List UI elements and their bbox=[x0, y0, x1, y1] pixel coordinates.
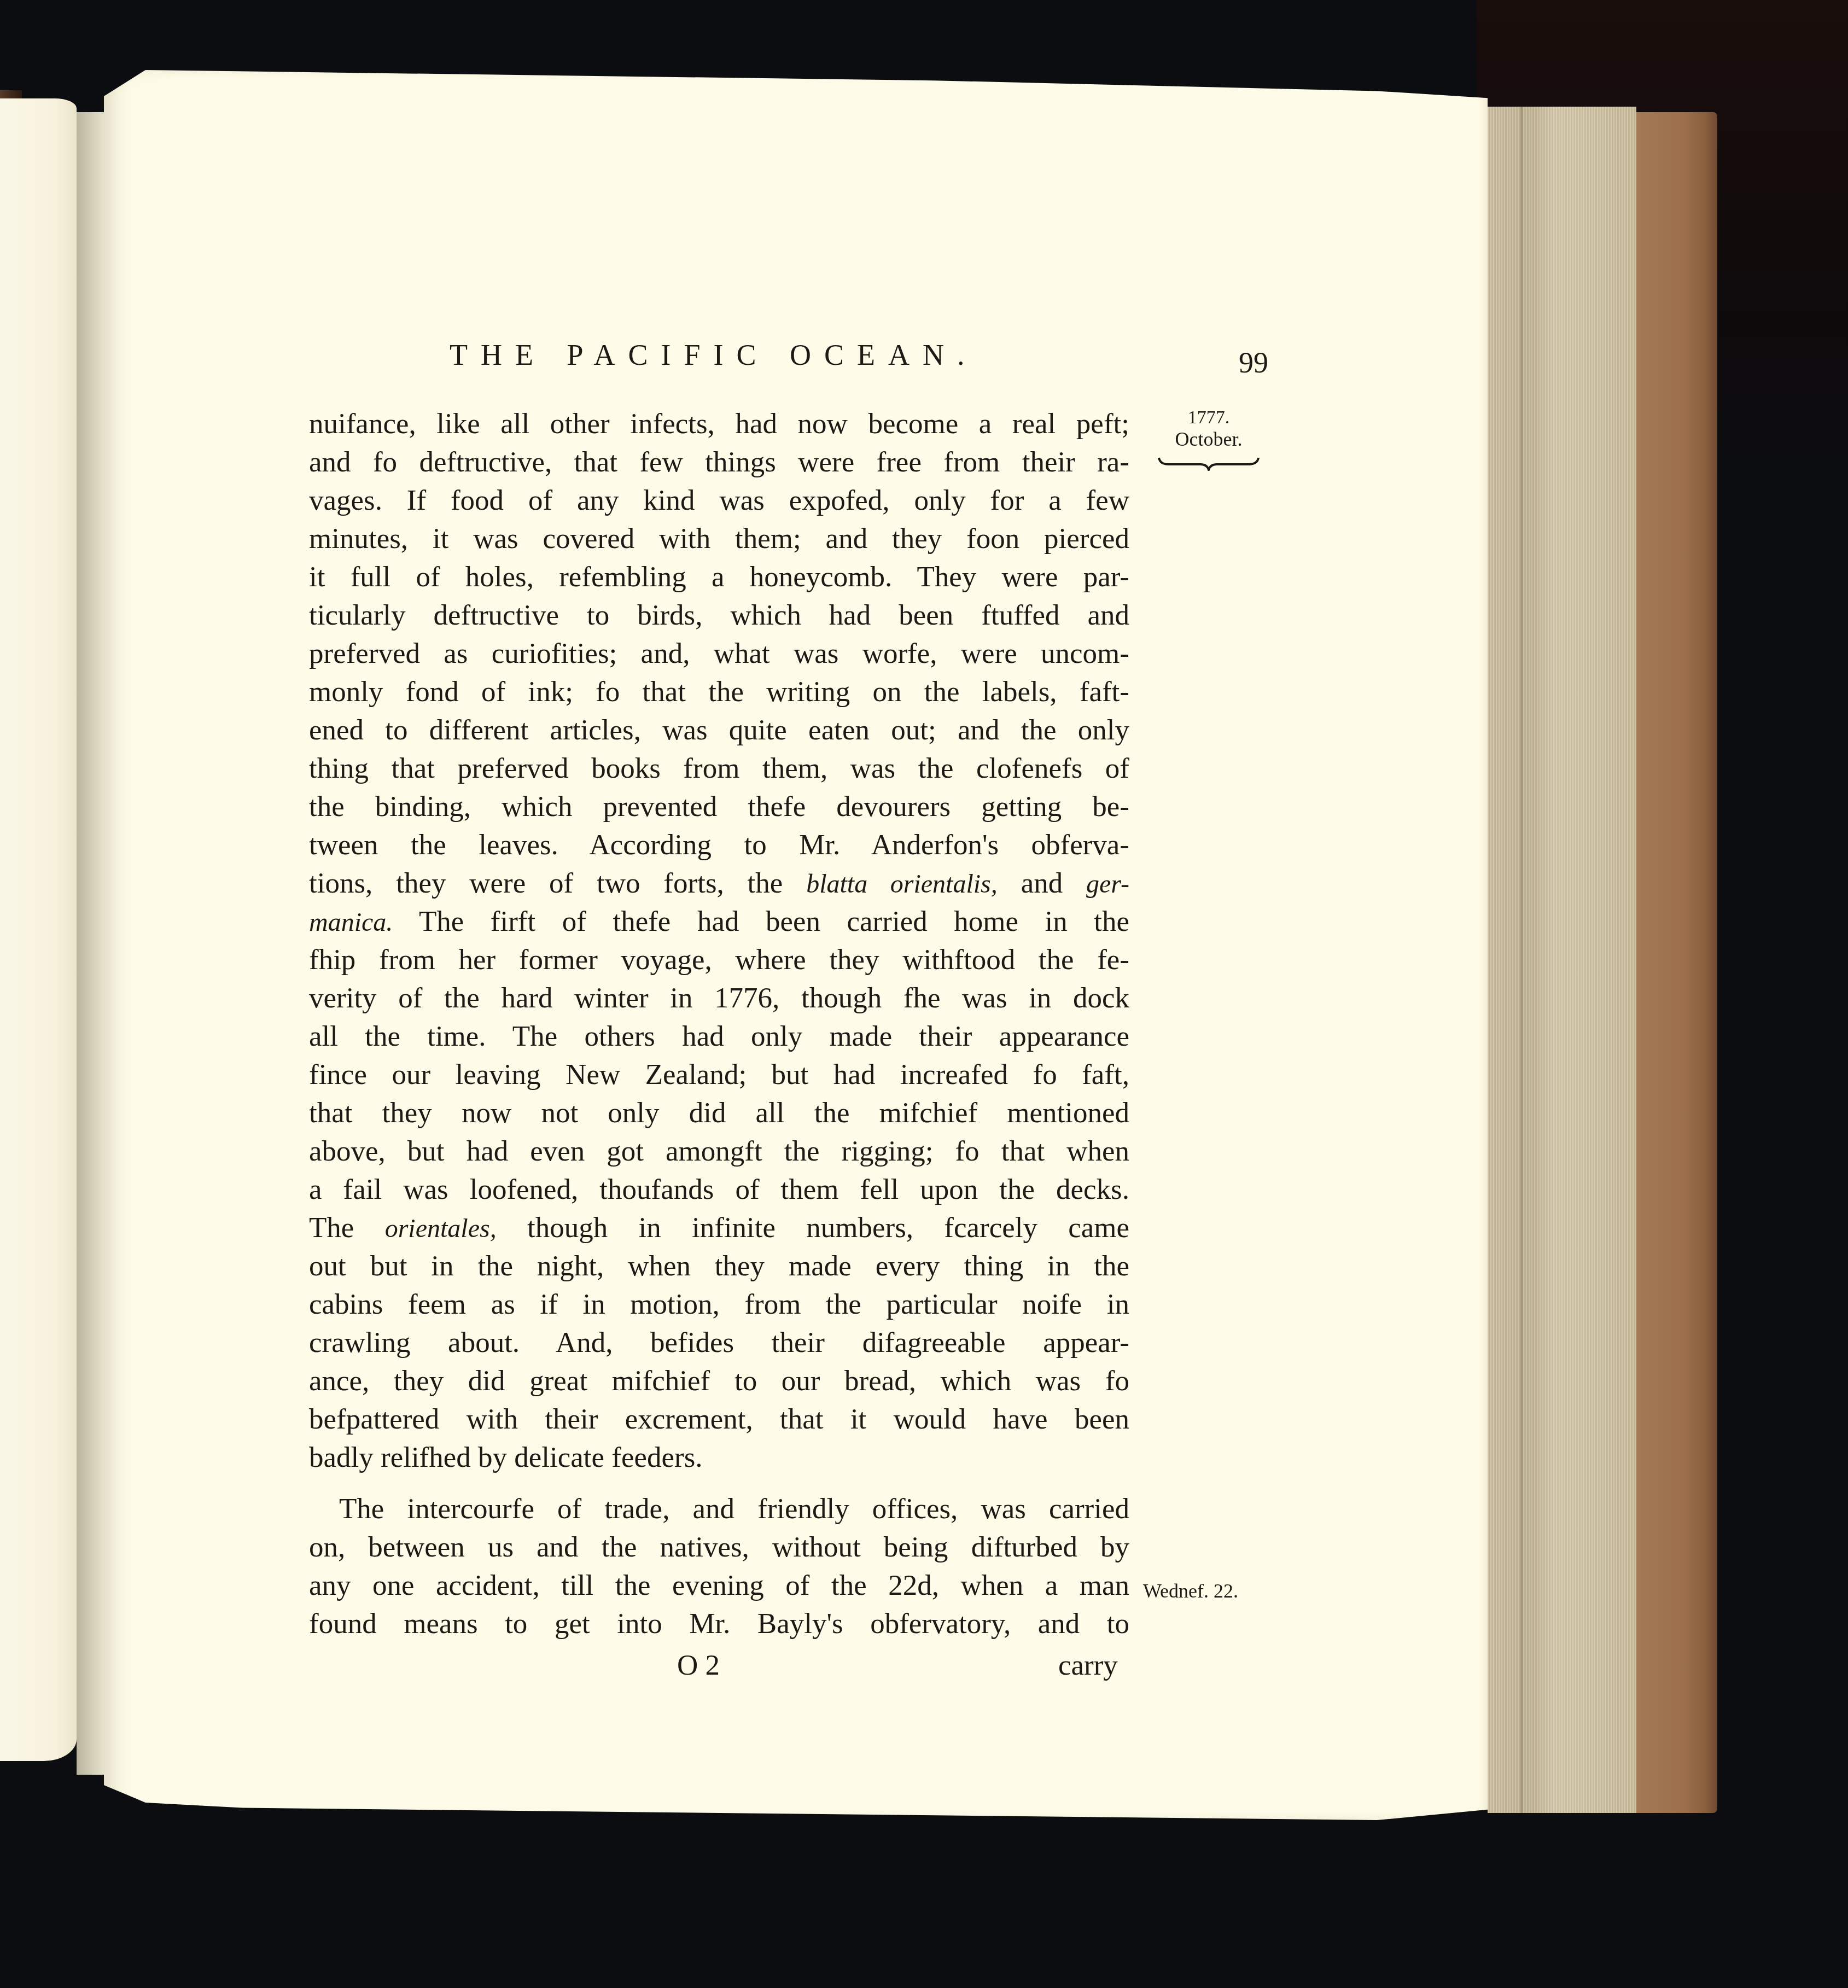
text-line: it full of holes, refembling a honeycomb… bbox=[309, 558, 1129, 596]
text-line: that they now not only did all the mifch… bbox=[309, 1094, 1129, 1132]
side-note-month: October. bbox=[1162, 428, 1255, 451]
text-line: ened to different articles, was quite ea… bbox=[309, 711, 1129, 749]
text-line: vages. If food of any kind was expofed, … bbox=[309, 481, 1129, 520]
catchword: carry bbox=[1058, 1649, 1118, 1682]
text-line: fhip from her former voyage, where they … bbox=[309, 941, 1129, 979]
italic-term: blatta orientalis, bbox=[806, 870, 998, 899]
text-line: any one accident, till the evening of th… bbox=[309, 1566, 1129, 1605]
facing-page-left bbox=[0, 98, 77, 1761]
text-line: nuifance, like all other infects, had no… bbox=[309, 405, 1129, 443]
text-line: ance, they did great mifchief to our bre… bbox=[309, 1362, 1129, 1400]
text-span: The bbox=[309, 1212, 385, 1244]
text-line: monly fond of ink; fo that the writing o… bbox=[309, 673, 1129, 711]
text-line: manica. The firft of thefe had been carr… bbox=[309, 902, 1129, 941]
text-line: all the time. The others had only made t… bbox=[309, 1017, 1129, 1056]
text-line: thing that preferved books from them, wa… bbox=[309, 749, 1129, 788]
italic-term: ger- bbox=[1086, 870, 1129, 899]
text-line: found means to get into Mr. Bayly's obfe… bbox=[309, 1605, 1129, 1643]
text-line: preferved as curiofities; and, what was … bbox=[309, 634, 1129, 673]
signature-mark: O 2 bbox=[677, 1649, 720, 1682]
text-line: ticularly deftructive to birds, which ha… bbox=[309, 596, 1129, 634]
side-note-date: Wednef. 22. bbox=[1143, 1579, 1238, 1602]
page-block-edges bbox=[1488, 107, 1636, 1813]
book-gutter bbox=[77, 112, 105, 1775]
text-line: out but in the night, when they made eve… bbox=[309, 1247, 1129, 1285]
text-line: The orientales, though in infinite numbe… bbox=[309, 1209, 1129, 1247]
leather-cover-right bbox=[1635, 112, 1717, 1813]
italic-term: manica. bbox=[309, 908, 393, 937]
text-line: cabins feem as if in motion, from the pa… bbox=[309, 1285, 1129, 1324]
brace-ornament-icon bbox=[1157, 457, 1261, 471]
text-line: minutes, it was covered with them; and t… bbox=[309, 520, 1129, 558]
text-line: a fail was loofened, thoufands of them f… bbox=[309, 1170, 1129, 1209]
text-span: and bbox=[998, 867, 1086, 899]
text-span: though in infinite numbers, fcarcely cam… bbox=[497, 1212, 1129, 1244]
text-line: verity of the hard winter in 1776, thoug… bbox=[309, 979, 1129, 1017]
text-line: tions, they were of two forts, the blatt… bbox=[309, 864, 1129, 902]
text-line: above, but had even got amongft the rigg… bbox=[309, 1132, 1129, 1170]
running-head: THE PACIFIC OCEAN. bbox=[450, 338, 978, 372]
text-line: fince our leaving New Zealand; but had i… bbox=[309, 1056, 1129, 1094]
text-span: The firft of thefe had been carried home… bbox=[393, 906, 1129, 937]
text-line: on, between us and the natives, without … bbox=[309, 1528, 1129, 1566]
page-number: 99 bbox=[1239, 346, 1268, 380]
text-line: befpattered with their excrement, that i… bbox=[309, 1400, 1129, 1438]
text-line: tween the leaves. According to Mr. Ander… bbox=[309, 826, 1129, 864]
text-line: badly relifhed by delicate feeders. bbox=[309, 1438, 1129, 1477]
italic-term: orientales, bbox=[385, 1214, 497, 1243]
text-span: tions, they were of two forts, the bbox=[309, 867, 806, 899]
text-line: and fo deftructive, that few things were… bbox=[309, 443, 1129, 481]
side-note-year: 1777. bbox=[1184, 407, 1233, 428]
text-line: The intercourfe of trade, and friendly o… bbox=[309, 1490, 1129, 1528]
text-line: crawling about. And, befides their difag… bbox=[309, 1324, 1129, 1362]
text-line: the binding, which prevented thefe devou… bbox=[309, 788, 1129, 826]
